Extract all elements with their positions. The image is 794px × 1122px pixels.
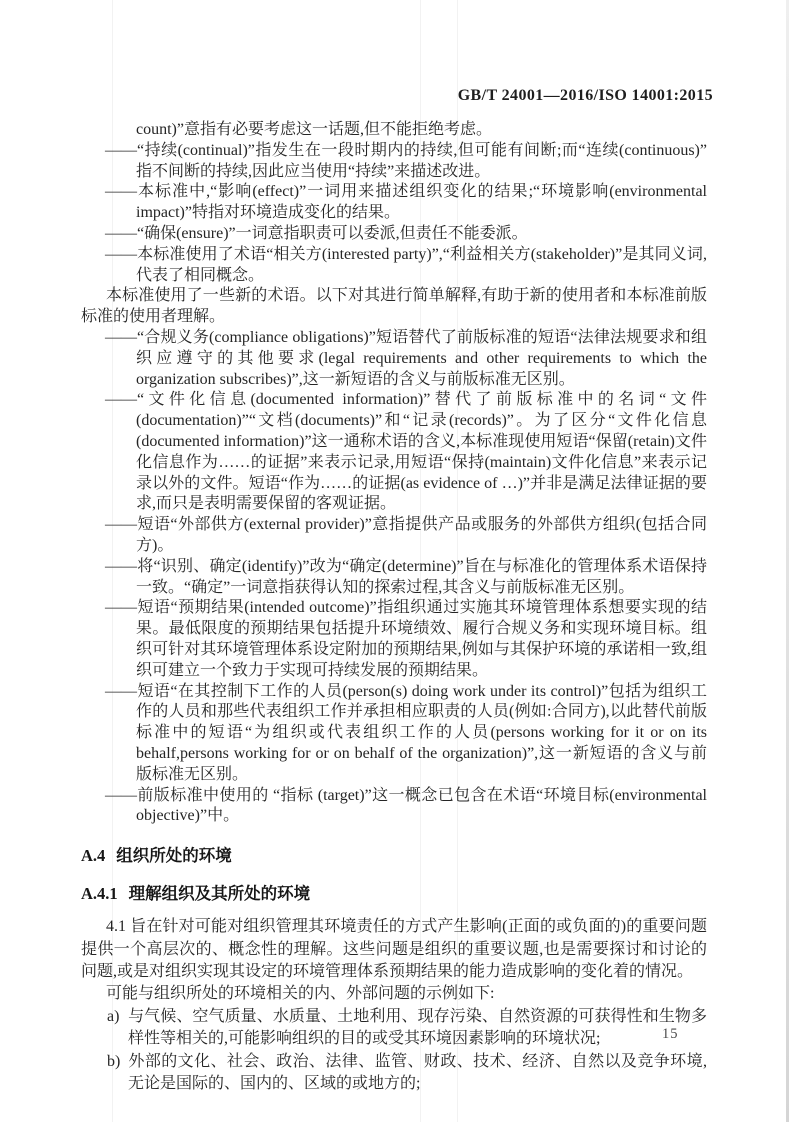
paragraph: 4.1 旨在针对可能对组织管理其环境责任的方式产生影响(正面的或负面的)的重要问… xyxy=(81,916,707,983)
term-note-item: ——本标准使用了术语“相关方(interested party)”,“利益相关方… xyxy=(81,245,707,287)
list-item: a)与气候、空气质量、水质量、土地利用、现存污染、自然资源的可获得性和生物多样性… xyxy=(81,1006,707,1051)
subsection-title: 理解组织及其所处的环境 xyxy=(129,884,311,903)
section-number: A.4 xyxy=(81,846,105,865)
term-note-item: ——将“识别、确定(identify)”改为“确定(determine)”旨在与… xyxy=(81,557,707,599)
scanned-page: GB/T 24001—2016/ISO 14001:2015 count)”意指… xyxy=(0,0,794,1122)
section-title: 组织所处的环境 xyxy=(116,846,232,865)
document-body: count)”意指有必要考虑这一话题,但不能拒绝考虑。——“持续(continu… xyxy=(81,120,707,1095)
term-note-item: ——“持续(continual)”指发生在一段时期内的持续,但可能有间断;而“连… xyxy=(81,141,707,183)
paragraph: 可能与组织所处的环境相关的内、外部问题的示例如下: xyxy=(81,983,707,1005)
example-list: a)与气候、空气质量、水质量、土地利用、现存污染、自然资源的可获得性和生物多样性… xyxy=(81,1006,707,1096)
terminology-notes: count)”意指有必要考虑这一话题,但不能拒绝考虑。——“持续(continu… xyxy=(81,120,707,827)
term-note-item: ——本标准中,“影响(effect)”一词用来描述组织变化的结果;“环境影响(e… xyxy=(81,182,707,224)
term-note-item: ——“确保(ensure)”一词意指职责可以委派,但责任不能委派。 xyxy=(81,224,707,245)
term-note-item: ——“合规义务(compliance obligations)”短语替代了前版标… xyxy=(81,328,707,390)
page-number: 15 xyxy=(662,1026,679,1043)
term-note-item: ——“文件化信息(documented information)”替代了前版标准… xyxy=(81,390,707,515)
standard-number-header: GB/T 24001—2016/ISO 14001:2015 xyxy=(458,87,713,105)
term-note-item: ——短语“在其控制下工作的人员(person(s) doing work und… xyxy=(81,682,707,786)
continued-paragraph: count)”意指有必要考虑这一话题,但不能拒绝考虑。 xyxy=(81,120,707,141)
list-item-marker: b) xyxy=(81,1051,128,1073)
term-note-item: ——前版标准中使用的 “指标 (target)”这一概念已包含在术语“环境目标(… xyxy=(81,786,707,828)
section-paragraphs: 4.1 旨在针对可能对组织管理其环境责任的方式产生影响(正面的或负面的)的重要问… xyxy=(81,916,707,1006)
paragraph: 本标准使用了一些新的术语。以下对其进行简单解释,有助于新的使用者和本标准前版标准… xyxy=(81,286,707,328)
page-edge-shadow xyxy=(786,0,789,1122)
term-note-item: ——短语“外部供方(external provider)”意指提供产品或服务的外… xyxy=(81,515,707,557)
section-heading-a4: A.4组织所处的环境 xyxy=(81,844,707,867)
subsection-heading-a41: A.4.1理解组织及其所处的环境 xyxy=(81,882,707,905)
list-item: b)外部的文化、社会、政治、法律、监管、财政、技术、经济、自然以及竞争环境,无论… xyxy=(81,1051,707,1096)
subsection-number: A.4.1 xyxy=(81,884,118,903)
term-note-item: ——短语“预期结果(intended outcome)”指组织通过实施其环境管理… xyxy=(81,598,707,681)
list-item-marker: a) xyxy=(81,1006,128,1028)
